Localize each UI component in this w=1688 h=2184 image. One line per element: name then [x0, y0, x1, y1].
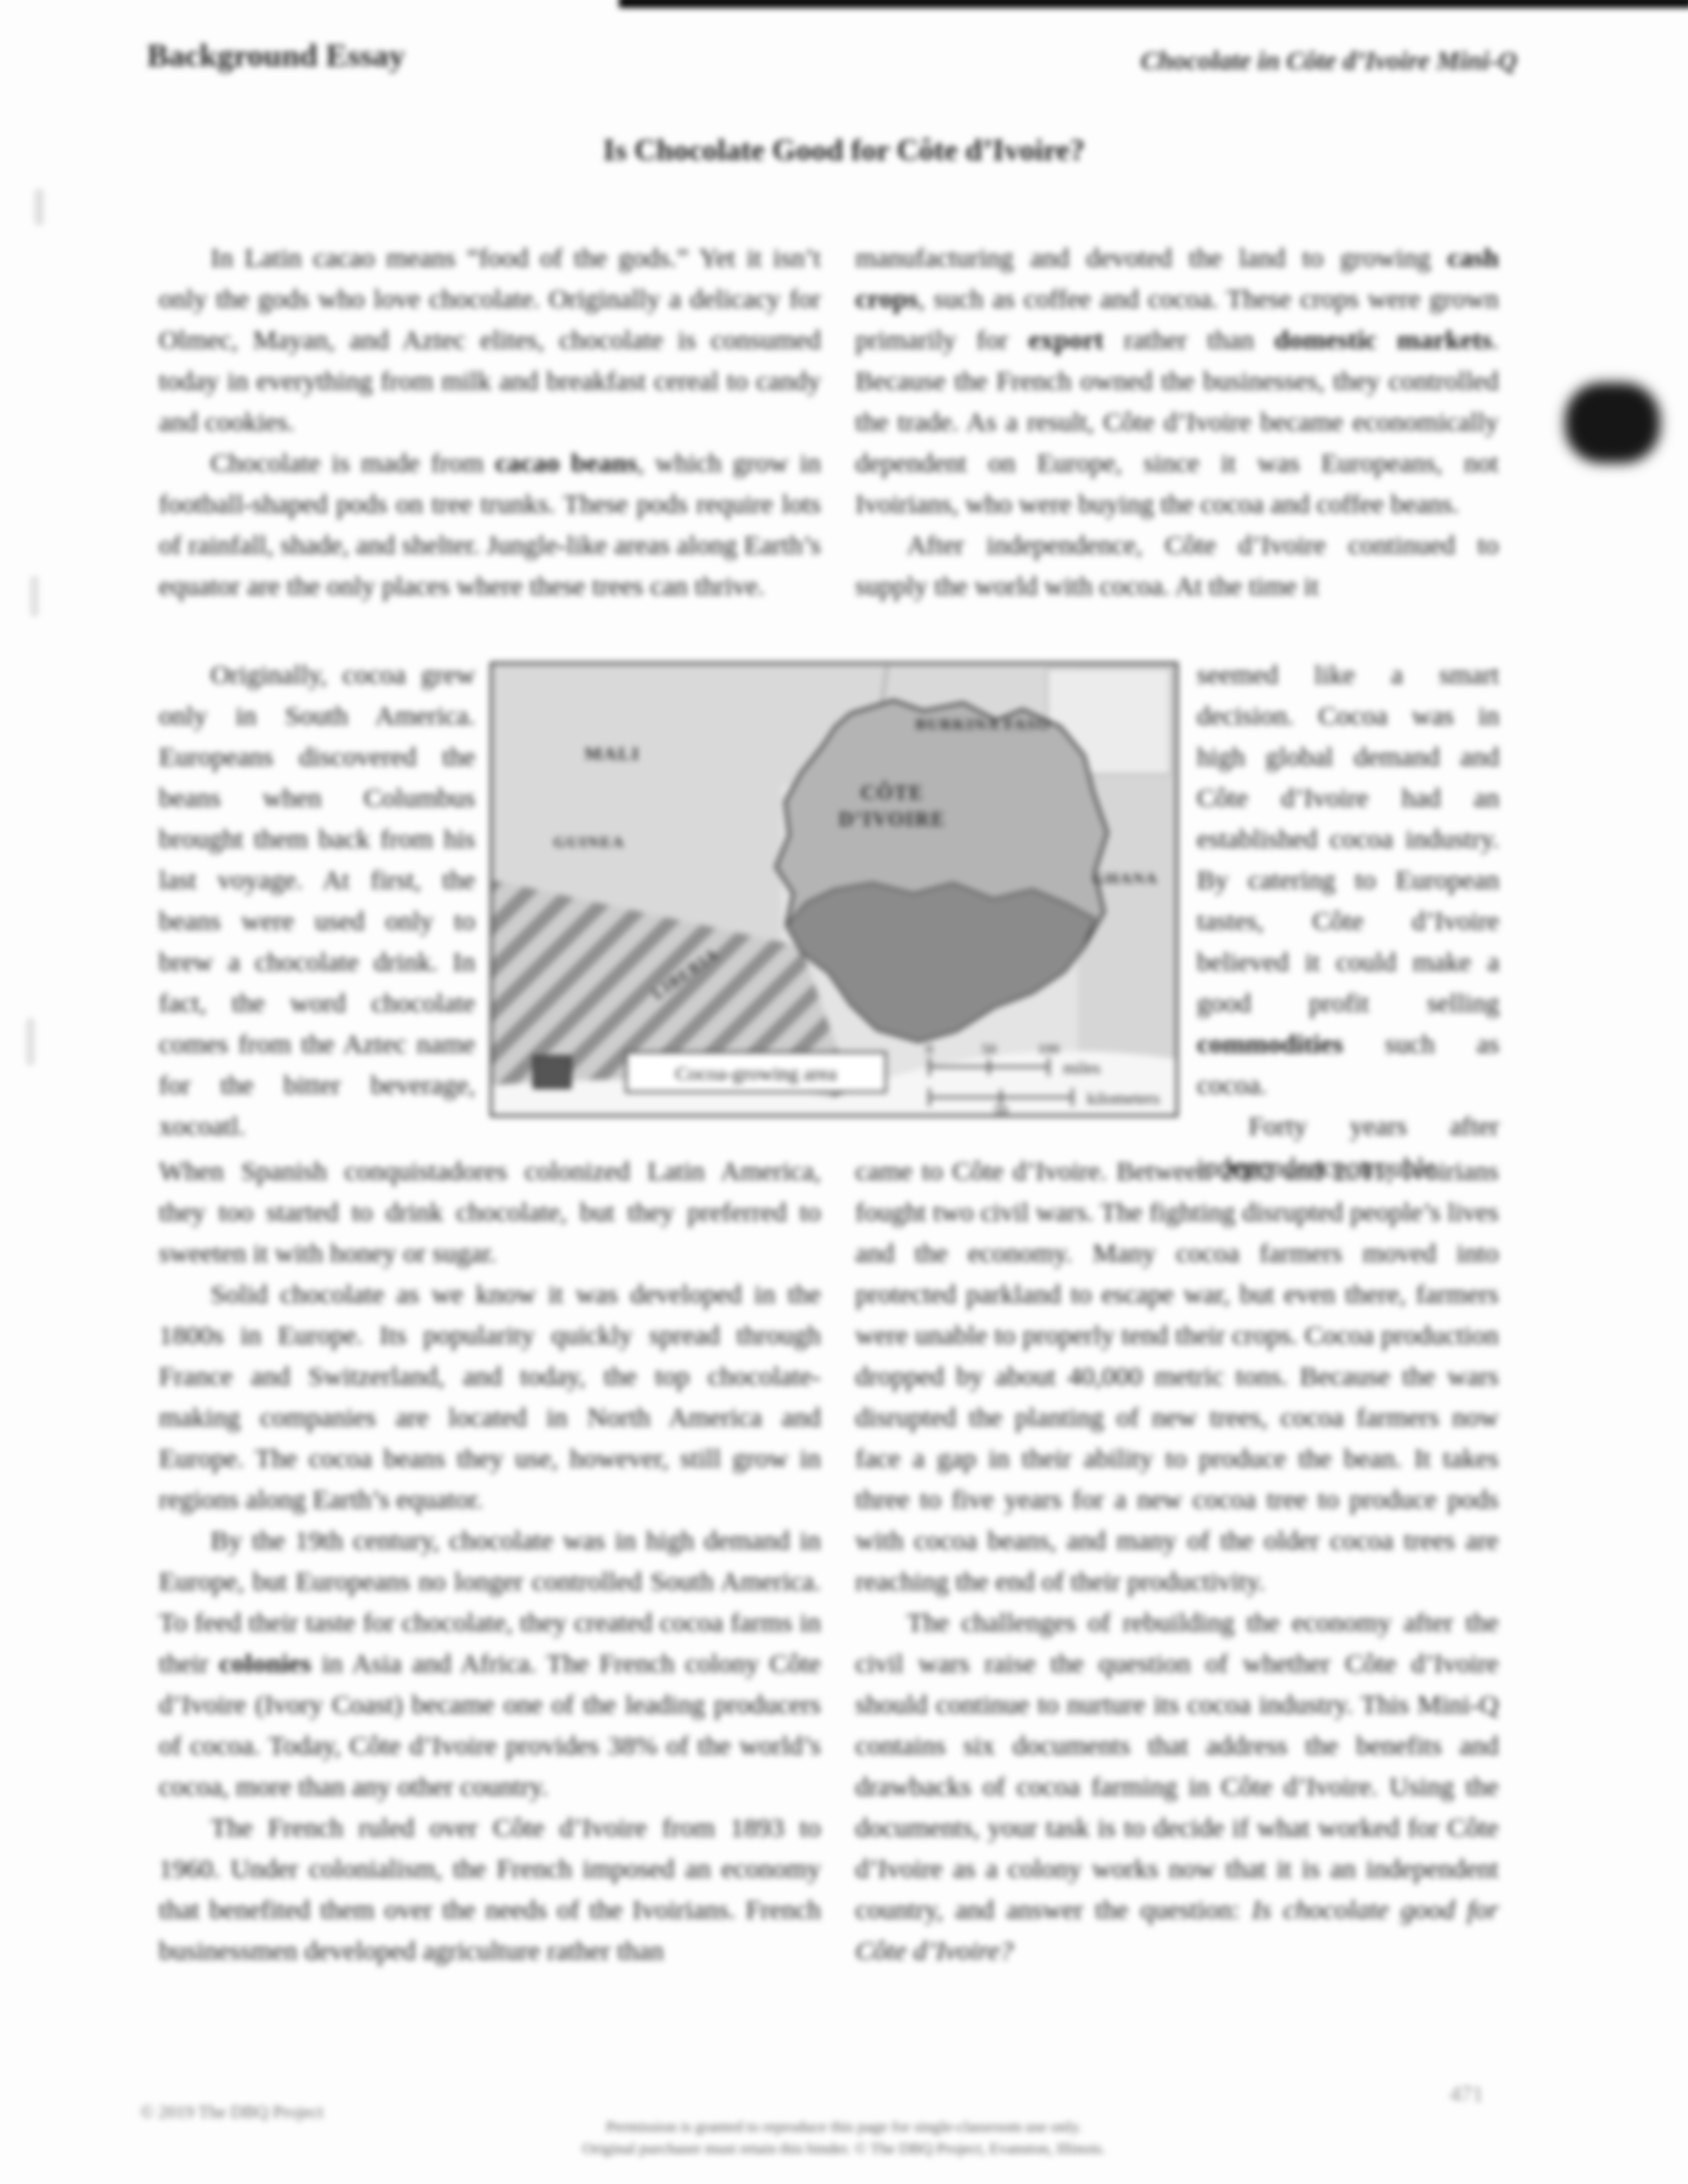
scale-miles-100: 100 — [1038, 1040, 1060, 1057]
footer-fine-print-line2: Original purchaser must retain this bind… — [0, 2138, 1688, 2160]
paragraph: By the 19th century, chocolate was in hi… — [159, 1520, 821, 1807]
paragraph: Solid chocolate as we know it was develo… — [159, 1273, 821, 1520]
cote-divoire-map: MALI BURKINA FASO GUINEA LIBERIA GHANA C… — [490, 662, 1178, 1117]
right-column-beside-map: seemed like a smart decision. Cocoa was … — [1197, 654, 1499, 1187]
paragraph: Chocolate is made from cacao beans, whic… — [159, 442, 821, 606]
scan-artifact-strip — [619, 0, 1688, 8]
right-column-bottom: came to Côte d’Ivoire. Between 2002 and … — [855, 1150, 1499, 1971]
scanned-document-page: Background Essay Chocolate in Côte d’Ivo… — [0, 0, 1688, 2184]
paragraph: The French ruled over Côte d’Ivoire from… — [159, 1807, 821, 1971]
scale-km-50: 50 — [994, 1101, 1008, 1117]
label-mali: MALI — [585, 744, 640, 764]
text-run: seemed like a smart decision. Cocoa was … — [1197, 659, 1499, 1018]
text-run: Chocolate is made from — [211, 447, 495, 478]
left-column-bottom: When Spanish conquistadores colonized La… — [159, 1150, 821, 1971]
paragraph-continuation: seemed like a smart decision. Cocoa was … — [1197, 654, 1499, 1105]
scan-edge-smudge — [34, 189, 44, 226]
paragraph-continuation: manufacturing and devoted the land to gr… — [855, 237, 1499, 524]
left-column-beside-map: Originally, cocoa grew only in South Ame… — [159, 654, 475, 1146]
paragraph: In Latin cacao means “food of the gods.”… — [159, 237, 821, 442]
scan-blur-layer: Background Essay Chocolate in Côte d’Ivo… — [0, 0, 1688, 2184]
scale-miles-label: miles — [1063, 1058, 1100, 1077]
text-run: manufacturing and devoted the land to gr… — [855, 242, 1448, 273]
paragraph: After independence, Côte d’Ivoire contin… — [855, 524, 1499, 606]
essay-title: Is Chocolate Good for Côte d’Ivoire? — [0, 132, 1688, 167]
text-run: rather than — [1103, 324, 1274, 355]
cocoa-map-figure: MALI BURKINA FASO GUINEA LIBERIA GHANA C… — [490, 662, 1178, 1117]
footer-fine-print-line1: Permission is granted to reproduce this … — [0, 2116, 1688, 2138]
binder-tab-mark — [1565, 383, 1660, 463]
paragraph-continuation: When Spanish conquistadores colonized La… — [159, 1150, 821, 1273]
right-column-top: manufacturing and devoted the land to gr… — [855, 237, 1499, 606]
header-section-label: Background Essay — [147, 36, 405, 74]
label-ghana: GHANA — [1092, 870, 1158, 887]
text-run: The challenges of rebuilding the economy… — [855, 1607, 1499, 1925]
bold-term: colonies — [219, 1648, 311, 1678]
page-number: 471 — [1450, 2082, 1483, 2107]
bold-term: cacao beans — [495, 447, 637, 478]
label-burkina-faso: BURKINA FASO — [915, 716, 1051, 733]
legend-swatch — [534, 1056, 571, 1088]
paragraph-continuation: came to Côte d’Ivoire. Between 2002 and … — [855, 1150, 1499, 1602]
label-country-line2: D’IVOIRE — [839, 807, 946, 831]
label-guinea: GUINEA — [553, 834, 625, 851]
scale-kilometers-label: kilometers — [1087, 1089, 1160, 1108]
label-country-line1: CÔTE — [861, 781, 924, 804]
scan-edge-smudge — [30, 576, 38, 617]
scale-miles-0: 0 — [926, 1040, 933, 1057]
bold-term: commodities — [1197, 1028, 1343, 1059]
legend-label: Cocoa-growing area — [675, 1063, 837, 1085]
left-column-top: In Latin cacao means “food of the gods.”… — [159, 237, 821, 606]
bold-term: export — [1028, 324, 1103, 355]
paragraph: Originally, cocoa grew only in South Ame… — [159, 654, 475, 1146]
paragraph: The challenges of rebuilding the economy… — [855, 1602, 1499, 1971]
scale-miles-50: 50 — [982, 1040, 996, 1057]
footer-fine-print: Permission is granted to reproduce this … — [0, 2116, 1688, 2160]
scan-edge-smudge — [26, 1018, 34, 1066]
header-unit-title: Chocolate in Côte d’Ivoire Mini-Q — [1141, 45, 1517, 76]
bold-term: domestic markets — [1274, 324, 1492, 355]
